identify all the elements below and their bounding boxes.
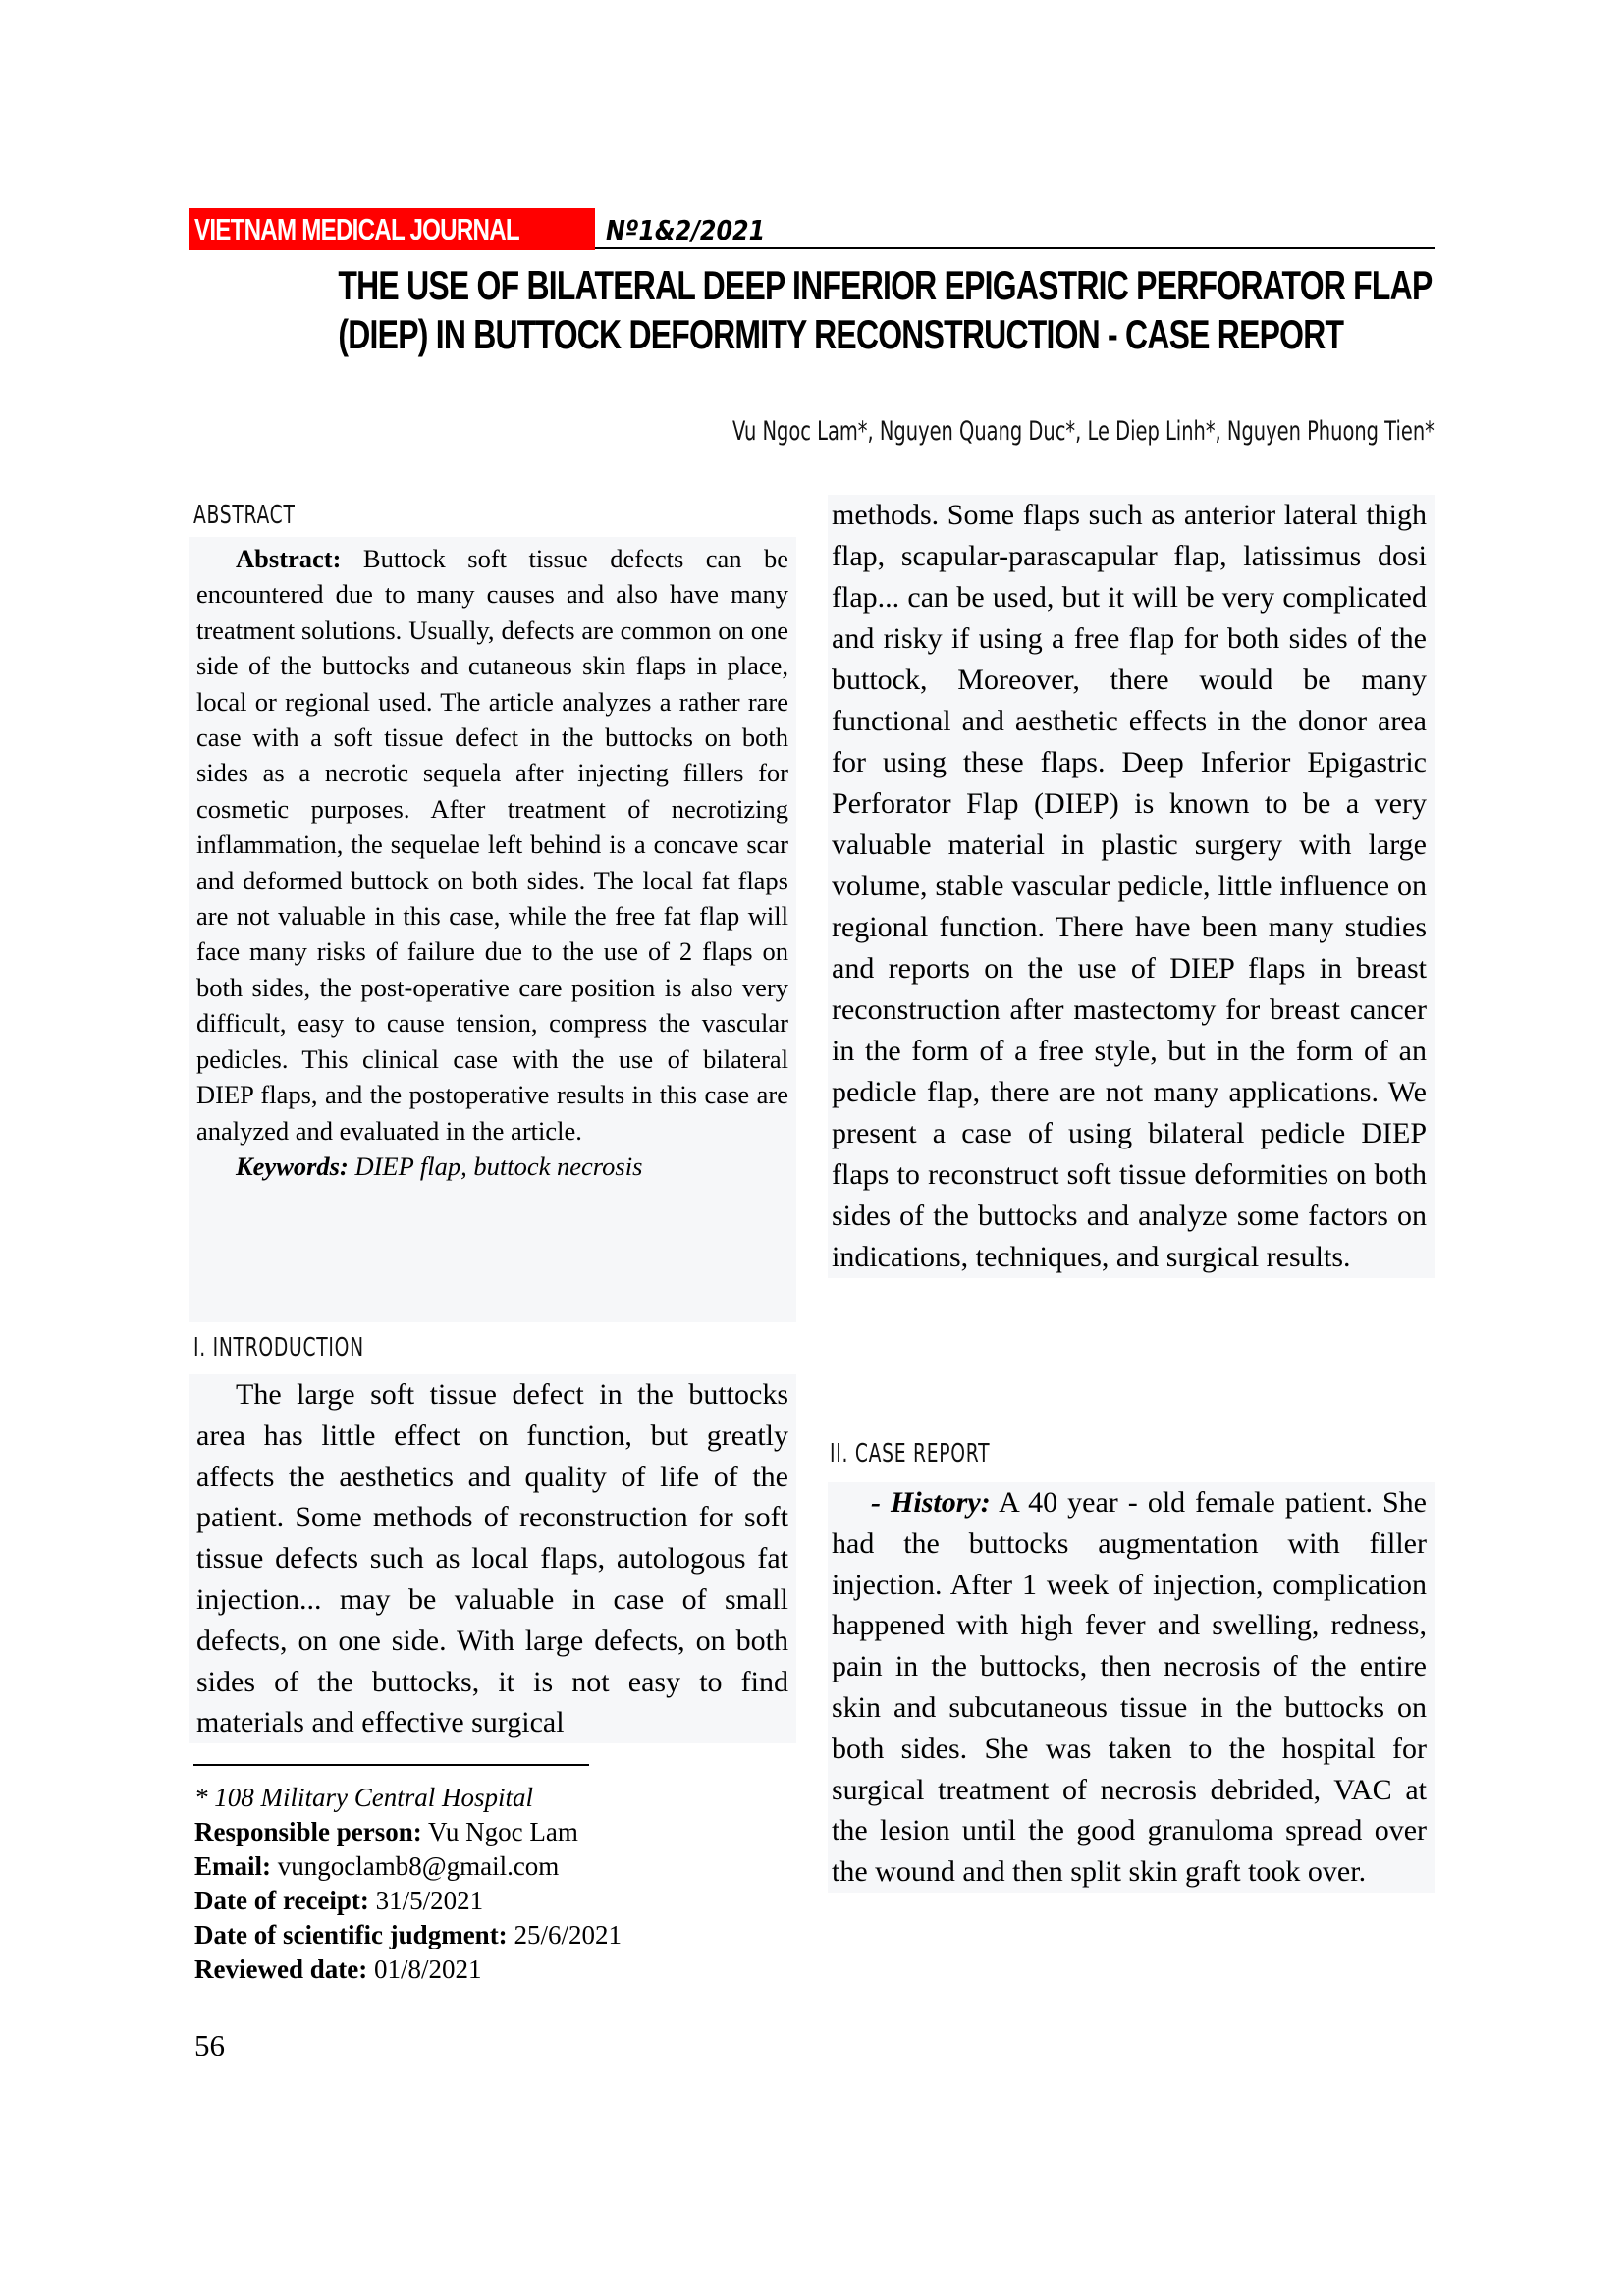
page-number: 56	[194, 2028, 225, 2063]
abstract-label: Abstract:	[236, 544, 341, 573]
date-of-receipt: Date of receipt: 31/5/2021	[194, 1884, 803, 1918]
date-of-judgment: Date of scientific judgment: 25/6/2021	[194, 1918, 803, 1952]
introduction-heading: I. INTRODUCTION	[193, 1333, 430, 1362]
abstract-text: Buttock soft tissue defects can be encou…	[196, 544, 788, 1146]
title-line-1: THE USE OF BILATERAL DEEP INFERIOR EPIGA…	[338, 261, 1285, 310]
reviewed-date: Reviewed date: 01/8/2021	[194, 1952, 803, 1987]
keywords-label: Keywords:	[236, 1151, 349, 1181]
history-label: - History:	[871, 1486, 991, 1519]
title-line-2: (DIEP) IN BUTTOCK DEFORMITY RECONSTRUCTI…	[338, 310, 1285, 359]
history-paragraph: - History: A 40 year - old female patien…	[832, 1482, 1427, 1893]
footnote-rule	[193, 1764, 589, 1766]
introduction-text-left: The large soft tissue defect in the butt…	[189, 1374, 796, 1743]
abstract-heading: ABSTRACT	[193, 501, 335, 530]
keywords-text: DIEP flap, buttock necrosis	[349, 1151, 643, 1181]
case-report-heading: II. CASE REPORT	[830, 1439, 1053, 1468]
keywords-line: Keywords: DIEP flap, buttock necrosis	[196, 1148, 788, 1184]
responsible-person: Responsible person: Vu Ngoc Lam	[194, 1815, 803, 1849]
article-title: THE USE OF BILATERAL DEEP INFERIOR EPIGA…	[189, 261, 1435, 359]
email: Email: vungoclamb8@gmail.com	[194, 1849, 803, 1884]
case-report-history: - History: A 40 year - old female patien…	[828, 1482, 1435, 1893]
header-rule	[595, 247, 1435, 249]
author-list: Vu Ngoc Lam*, Nguyen Quang Duc*, Le Diep…	[460, 412, 1435, 452]
email-address: vungoclamb8@gmail.com	[271, 1851, 559, 1881]
journal-name-banner: VIETNAM MEDICAL JOURNAL	[189, 208, 595, 250]
abstract-box: Abstract: Buttock soft tissue defects ca…	[189, 537, 796, 1322]
introduction-paragraph: The large soft tissue defect in the butt…	[196, 1374, 788, 1743]
footnotes: * 108 Military Central Hospital Responsi…	[194, 1781, 803, 1987]
introduction-paragraph-continued: methods. Some flaps such as anterior lat…	[832, 495, 1427, 1278]
affiliation: * 108 Military Central Hospital	[194, 1781, 803, 1815]
issue-number: Nº1&2/2021	[606, 212, 793, 249]
abstract-paragraph: Abstract: Buttock soft tissue defects ca…	[196, 541, 788, 1148]
introduction-text-right: methods. Some flaps such as anterior lat…	[828, 495, 1435, 1278]
journal-name: VIETNAM MEDICAL JOURNAL	[194, 208, 519, 250]
